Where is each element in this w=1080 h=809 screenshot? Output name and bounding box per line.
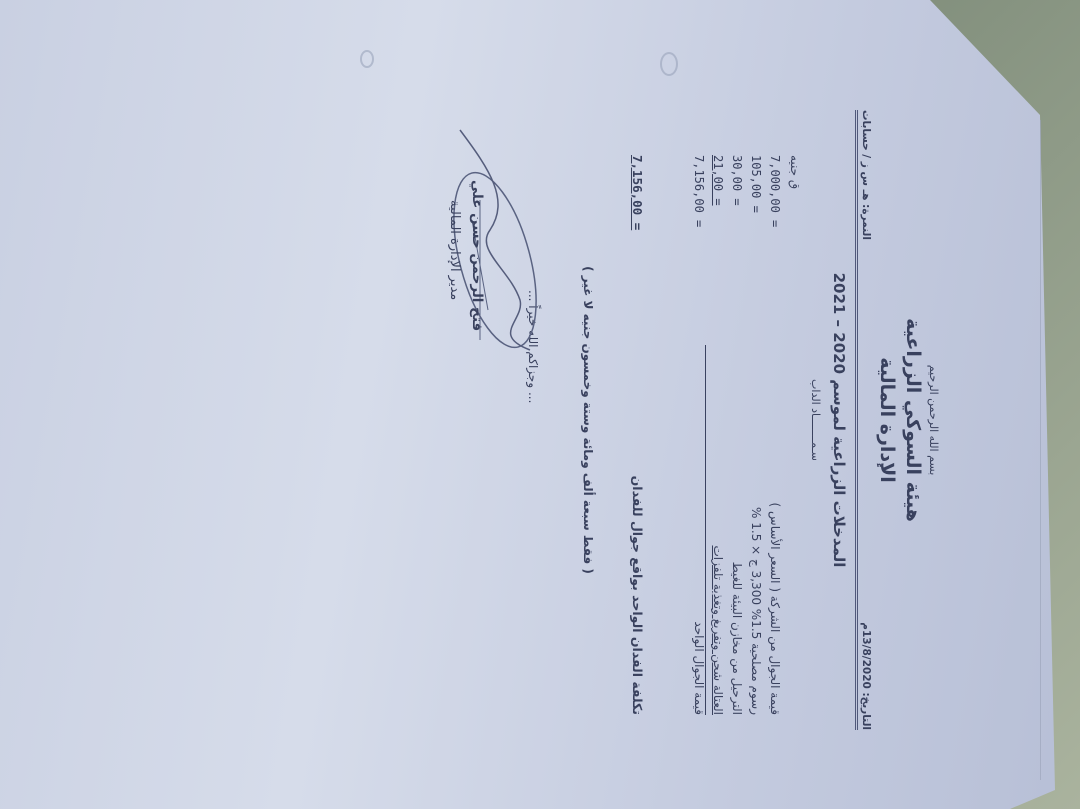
amount-in-words: ( فقط سبعة ألف ومائة وستة وخمسون جنيه لا… <box>581 70 595 770</box>
line-item-label: قيمة الجوال من الشركة ( السعر الأساس ) <box>768 503 782 715</box>
document-title: المدخلات الزراعية لموسم 2020 – 2021 <box>830 70 848 770</box>
document-subtitle: سـمــــــــاد الداب <box>809 70 822 770</box>
paper-stack-edge <box>1040 120 1051 780</box>
line-item-label: رسوم مصلحية 1.5% 3,300 ج × 1.5 % <box>749 507 763 715</box>
line-item: العتالة شحن وتفريغ وتغذية تلفزات 21,00 = <box>706 155 725 715</box>
punch-hole-mark <box>360 50 374 68</box>
header-divider <box>855 110 858 730</box>
line-item-amount: 30,00 = <box>730 155 744 206</box>
line-item-amount: 21,00 = <box>711 155 725 206</box>
signatory-title: مدير الإدارة المالية <box>447 200 462 300</box>
signatory-name: فتح الرحمن حسن علي <box>469 180 485 331</box>
department-name: الإدارة المالية <box>876 70 898 770</box>
line-item-label: الترحيل من مخازن البيئة للغيط <box>730 562 744 715</box>
total-amount: 7,156,00 = <box>630 155 645 230</box>
cost-breakdown: ق جنيه قيمة الجوال من الشركة ( السعر الأ… <box>687 155 782 715</box>
line-item: قيمة الجوال من الشركة ( السعر الأساس ) 7… <box>763 155 782 715</box>
basmala: بسم الله الرحمن الرحيم <box>927 70 940 770</box>
currency-unit: ق جنيه <box>788 155 802 189</box>
line-item-amount: 105,00 = <box>749 155 763 213</box>
line-item: رسوم مصلحية 1.5% 3,300 ج × 1.5 % 105,00 … <box>744 155 763 715</box>
document: بسم الله الرحمن الرحيم هيئة السوكي الزرا… <box>180 70 940 770</box>
line-item: الترحيل من مخازن البيئة للغيط 30,00 = <box>725 155 744 715</box>
line-item: قيمة الجوال الواحد 7,156,00 = <box>687 155 706 715</box>
document-date: التاريخ: 13/8/2020م <box>860 622 872 730</box>
line-item-label: العتالة شحن وتفريغ وتغذية تلفزات <box>711 545 725 715</box>
line-item-amount: 7,156,00 = <box>692 155 706 227</box>
line-item-amount: 7,000,00 = <box>768 155 782 227</box>
total-row: تكلفة الفدان الواحد بواقع جوال للفدان 7,… <box>630 155 645 715</box>
total-label: تكلفة الفدان الواحد بواقع جوال للفدان <box>630 476 645 715</box>
reference-number: النمرة: هـ س ز / حسابات <box>860 110 872 240</box>
organization-name: هيئة السوكي الزراعية <box>902 70 924 770</box>
line-item-label: قيمة الجوال الواحد <box>692 621 706 715</box>
